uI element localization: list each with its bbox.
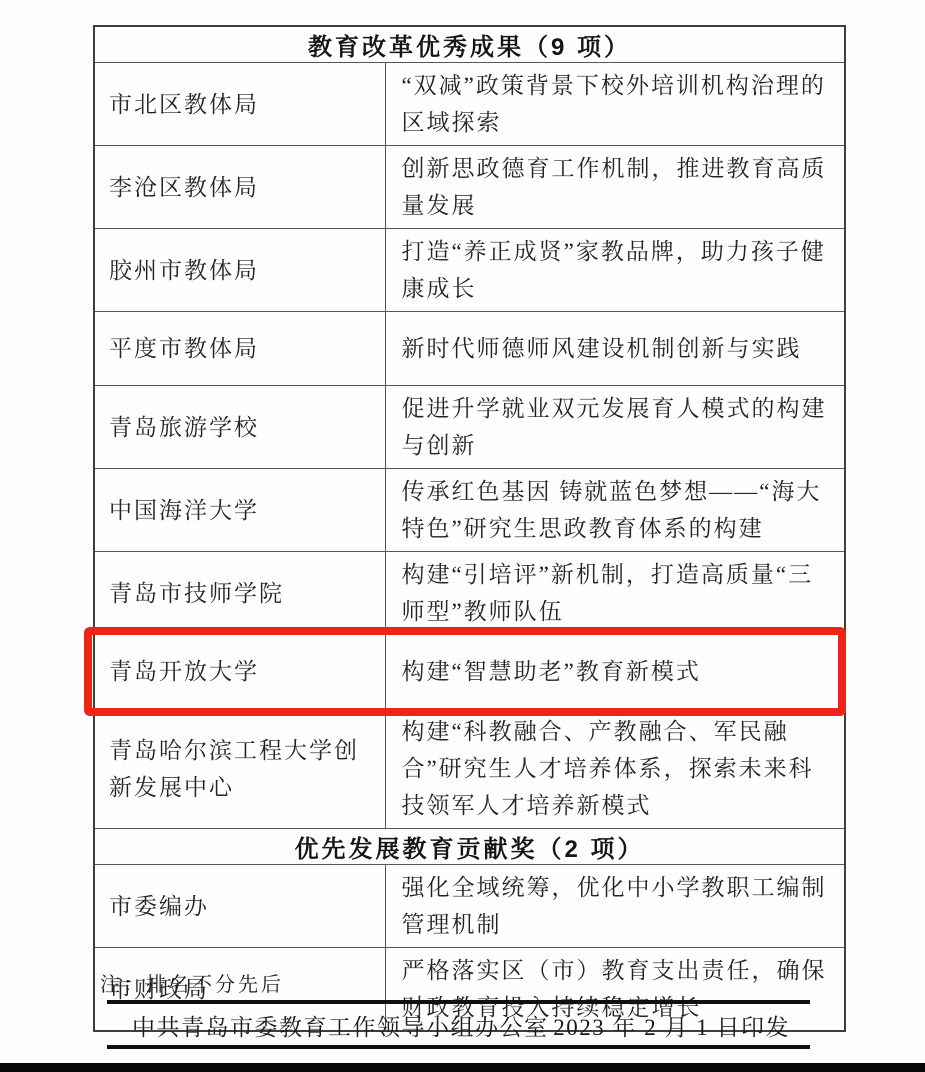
org-cell: 中国海洋大学 bbox=[95, 469, 385, 551]
achievement-cell: 打造“养正成贤”家教品牌，助力孩子健康成长 bbox=[385, 229, 844, 311]
achievement-cell: 传承红色基因 铸就蓝色梦想——“海大特色”研究生思政教育体系的构建 bbox=[385, 469, 844, 551]
org-cell: 李沧区教体局 bbox=[95, 146, 385, 228]
section-header: 教育改革优秀成果（9 项） bbox=[95, 27, 844, 62]
org-cell: 平度市教体局 bbox=[95, 312, 385, 385]
section-header: 优先发展教育贡献奖（2 项） bbox=[95, 828, 844, 864]
achievement-cell: 构建“引培评”新机制，打造高质量“三师型”教师队伍 bbox=[385, 552, 844, 634]
org-cell: 青岛市技师学院 bbox=[95, 552, 385, 634]
achievement-cell: 构建“科教融合、产教融合、军民融合”研究生人才培养体系，探索未来科技领军人才培养… bbox=[385, 709, 844, 828]
achievement-cell: 新时代师德师风建设机制创新与实践 bbox=[385, 312, 844, 385]
table-row: 平度市教体局新时代师德师风建设机制创新与实践 bbox=[95, 311, 844, 385]
table-row: 青岛旅游学校促进升学就业双元发展育人模式的构建与创新 bbox=[95, 385, 844, 468]
table-row: 青岛哈尔滨工程大学创新发展中心构建“科教融合、产教融合、军民融合”研究生人才培养… bbox=[95, 708, 844, 828]
achievement-cell: 构建“智慧助老”教育新模式 bbox=[385, 635, 844, 708]
document-page: 教育改革优秀成果（9 项）市北区教体局“双减”政策背景下校外培训机构治理的区域探… bbox=[0, 0, 925, 1072]
achievement-cell: 促进升学就业双元发展育人模式的构建与创新 bbox=[385, 386, 844, 468]
table-row: 李沧区教体局创新思政德育工作机制，推进教育高质量发展 bbox=[95, 145, 844, 228]
footer-row: 中共青岛市委教育工作领导小组办公室 2023 年 2 月 1 日印发 bbox=[107, 1006, 810, 1044]
org-cell: 胶州市教体局 bbox=[95, 229, 385, 311]
achievement-cell: 强化全域统筹，优化中小学教职工编制管理机制 bbox=[385, 865, 844, 947]
issue-date: 2023 年 2 月 1 日印发 bbox=[553, 1009, 790, 1042]
org-cell: 青岛旅游学校 bbox=[95, 386, 385, 468]
table-row: 胶州市教体局打造“养正成贤”家教品牌，助力孩子健康成长 bbox=[95, 228, 844, 311]
table-row: 青岛市技师学院构建“引培评”新机制，打造高质量“三师型”教师队伍 bbox=[95, 551, 844, 634]
table-row: 青岛开放大学构建“智慧助老”教育新模式 bbox=[95, 634, 844, 708]
org-cell: 市北区教体局 bbox=[95, 63, 385, 145]
issuer-name: 中共青岛市委教育工作领导小组办公室 bbox=[132, 1009, 549, 1042]
bottom-rule bbox=[107, 1045, 810, 1049]
table-row: 中国海洋大学传承红色基因 铸就蓝色梦想——“海大特色”研究生思政教育体系的构建 bbox=[95, 468, 844, 551]
photo-edge-bar bbox=[0, 1063, 925, 1072]
achievement-cell: “双减”政策背景下校外培训机构治理的区域探索 bbox=[385, 63, 844, 145]
table-row: 市委编办强化全域统筹，优化中小学教职工编制管理机制 bbox=[95, 864, 844, 947]
org-cell: 市委编办 bbox=[95, 865, 385, 947]
table-row: 市北区教体局“双减”政策背景下校外培训机构治理的区域探索 bbox=[95, 62, 844, 145]
org-cell: 青岛开放大学 bbox=[95, 635, 385, 708]
ranking-note: 注：排名不分先后 bbox=[100, 968, 284, 997]
achievement-cell: 创新思政德育工作机制，推进教育高质量发展 bbox=[385, 146, 844, 228]
top-rule bbox=[107, 1000, 810, 1004]
award-table: 教育改革优秀成果（9 项）市北区教体局“双减”政策背景下校外培训机构治理的区域探… bbox=[93, 25, 846, 1032]
org-cell: 青岛哈尔滨工程大学创新发展中心 bbox=[95, 709, 385, 828]
